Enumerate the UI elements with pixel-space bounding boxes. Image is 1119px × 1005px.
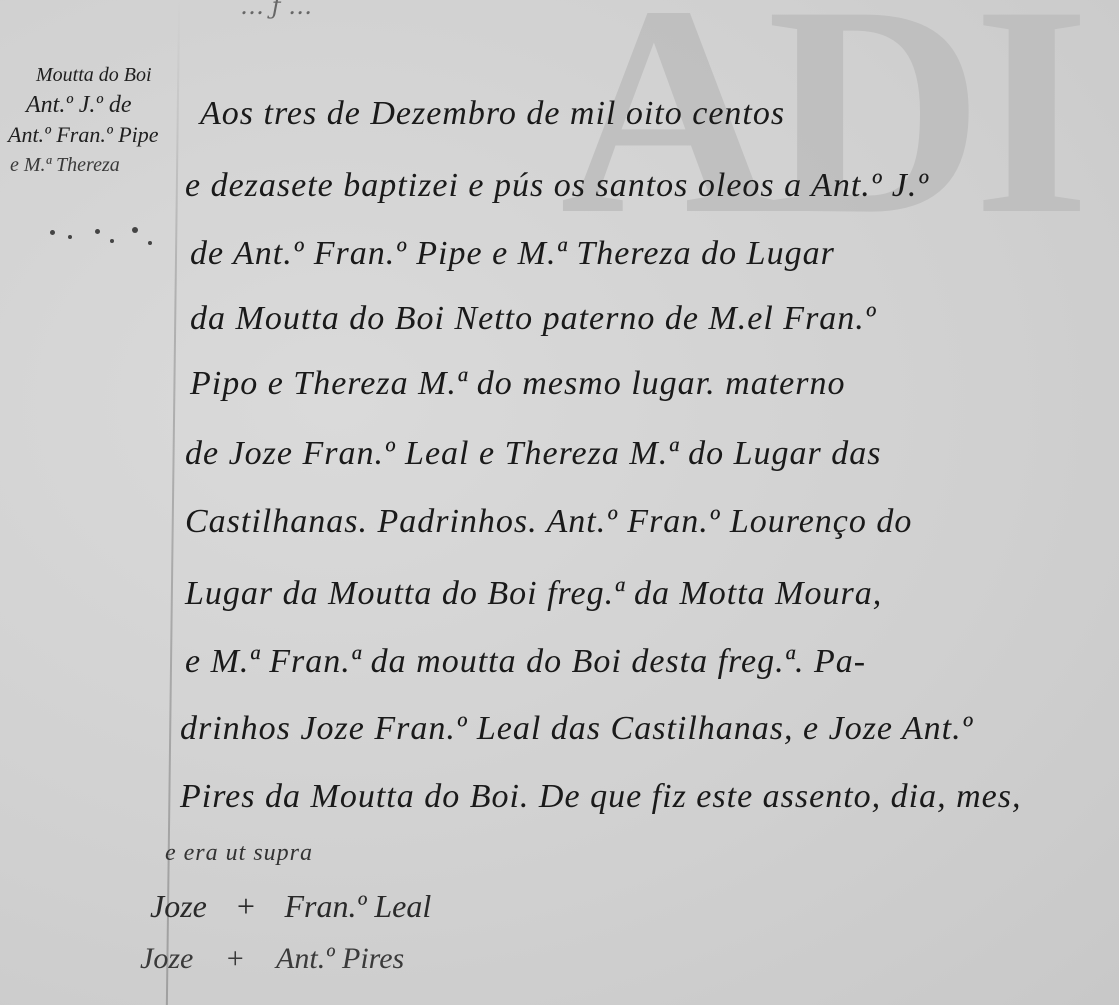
signature-name: Joze bbox=[150, 888, 207, 924]
signature-name: Joze bbox=[140, 942, 193, 975]
ink-blot-marks bbox=[40, 225, 160, 255]
record-line: Pires da Moutta do Boi. De que fiz este … bbox=[180, 778, 1021, 816]
margin-note-line: e M.ª Thereza bbox=[8, 150, 193, 180]
record-line: de Joze Fran.º Leal e Thereza M.ª do Lug… bbox=[185, 435, 881, 473]
witness-signature-2: Joze + Ant.º Pires bbox=[140, 942, 404, 976]
margin-note-line: Ant.º Fran.º Pipe bbox=[8, 120, 193, 150]
signature-surname: Ant.º Pires bbox=[276, 942, 404, 975]
signature-surname: Fran.º Leal bbox=[284, 888, 431, 924]
cross-mark-icon: + bbox=[235, 888, 257, 924]
witness-signature-1: Joze + Fran.º Leal bbox=[150, 888, 431, 925]
margin-note: Moutta do Boi Ant.º J.º de Ant.º Fran.º … bbox=[8, 60, 193, 180]
record-line: Aos tres de Dezembro de mil oito centos bbox=[200, 95, 785, 133]
record-line: da Moutta do Boi Netto paterno de M.el F… bbox=[190, 300, 876, 338]
record-line: e dezasete baptizei e pús os santos oleo… bbox=[185, 167, 929, 205]
record-line: Castilhanas. Padrinhos. Ant.º Fran.º Lou… bbox=[185, 503, 912, 541]
top-text-fragment: … ƒ … bbox=[240, 0, 312, 20]
cross-mark-icon: + bbox=[225, 942, 245, 975]
record-line: de Ant.º Fran.º Pipe e M.ª Thereza do Lu… bbox=[190, 235, 835, 273]
margin-note-line: Moutta do Boi bbox=[8, 60, 193, 90]
margin-note-line: Ant.º J.º de bbox=[8, 90, 193, 120]
record-line: drinhos Joze Fran.º Leal das Castilhanas… bbox=[180, 710, 973, 748]
manuscript-page: ADI … ƒ … Moutta do Boi Ant.º J.º de Ant… bbox=[0, 0, 1119, 1005]
record-line: Pipo e Thereza M.ª do mesmo lugar. mater… bbox=[190, 365, 845, 403]
record-line: Lugar da Moutta do Boi freg.ª da Motta M… bbox=[185, 575, 882, 613]
record-line: e era ut supra bbox=[165, 840, 313, 867]
record-line: e M.ª Fran.ª da moutta do Boi desta freg… bbox=[185, 643, 866, 681]
